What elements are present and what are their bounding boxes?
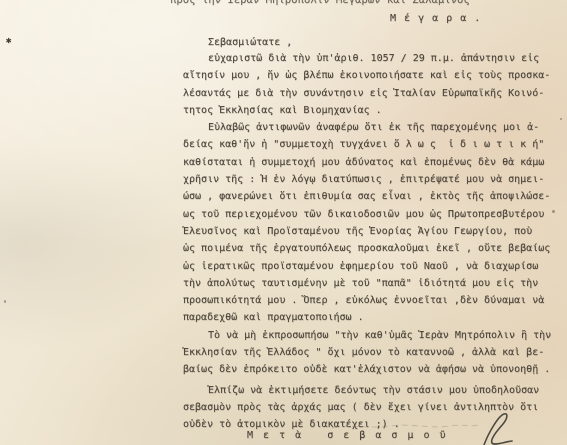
- pencil-smudge: [330, 420, 480, 432]
- place-line: Μ έ γ α ρ α .: [390, 13, 481, 24]
- signature-flourish-icon: [478, 412, 522, 445]
- body-line: εὐχαριστῶ διὰ τὴν ὑπ'ἀριθ. 1057 / 29 π.μ…: [183, 50, 558, 67]
- body-line: χρῆσιν τῆς : Ἡ ἐν λόγῳ διατύπωσις , ἐπιτ…: [183, 171, 558, 188]
- letter-body: εὐχαριστῶ διὰ τὴν ὑπ'ἀριθ. 1057 / 29 π.μ…: [183, 50, 558, 434]
- body-line: Ἐλευσῖνος καὶ Προϊσταμένου τῆς Ἐνορίας Ἁ…: [183, 223, 558, 240]
- body-line: Εὐλαβῶς ἀντιφωνῶν ἀναφέρω ὅτι ἐκ τῆς παρ…: [183, 119, 558, 136]
- body-line: αἴτησίν μου , ἥν ὡς βλέπω ἐκοινοποιήσατε…: [183, 67, 558, 84]
- scanned-letter-page: πρὸς τὴν Ἱερὰν Μητρόπολιν Μεγάρων καὶ Σα…: [0, 0, 567, 445]
- body-line: παραδεχθῶ καὶ πραγματοποιήσω .: [183, 309, 558, 326]
- margin-mark: ✱: [6, 36, 11, 46]
- body-line: Τὸ νὰ μὴ ἐκπροσωπήσω "τὴν καθ'ὑμᾶς Ἱερὰν…: [183, 327, 558, 344]
- body-line: ώσω , φανερώνει ὅτι ἐπιθυμία σας εἶναι ,…: [183, 188, 558, 205]
- body-line: Ἐλπίζω νὰ ἐκτιμήσετε δεόντως τὴν στάσιν …: [183, 382, 558, 399]
- paper-speck: [552, 210, 555, 213]
- body-line: βαίως δὲν ἐπρόκειτο οὐδὲ κατ'ἐλάχιστον ν…: [183, 361, 558, 378]
- body-line: τὴν ἀπολύτως ταυτισμένην μὲ τοῦ "παπᾶ" ἰ…: [183, 275, 558, 292]
- body-line: λέσαντάς με διὰ τὴν συνάντησιν εἰς Ἰταλί…: [183, 85, 558, 102]
- body-line: ως τοῦ περιεχομένου τῶν δικαιοδοσιῶν μου…: [183, 206, 558, 223]
- body-line: ὡς ποιμένα τῆς ἐργατουπόλεως προσκαλοῦμα…: [183, 240, 558, 257]
- body-line: καθίσταται ἡ συμμετοχή μου ἀδύνατος καὶ …: [183, 154, 558, 171]
- body-line: προσωπικότητά μου . Ὅπερ , εὐκόλως ἐννοε…: [183, 292, 558, 309]
- recipient-line: πρὸς τὴν Ἱερὰν Μητρόπολιν Μεγάρων καὶ Σα…: [170, 0, 470, 6]
- body-line: τητος Ἐκκλησίας καὶ Βιομηχανίας .: [183, 102, 558, 119]
- salutation: Σεβασμιώτατε ,: [208, 37, 292, 48]
- paper-speck: [4, 300, 6, 303]
- body-line: ὡς ἱερατικῶς προϊσταμένου ἐφημερίου τοῦ …: [183, 258, 558, 275]
- body-line: Ἐκκλησίαν τῆς Ἑλλάδος " ὄχι μόνον τὸ κατ…: [183, 344, 558, 361]
- body-line: δείας καθ'ἥν ἡ "συμμετοχὴ τυγχάνει ὅ λ ω…: [183, 136, 558, 153]
- paper-speck: [560, 118, 562, 120]
